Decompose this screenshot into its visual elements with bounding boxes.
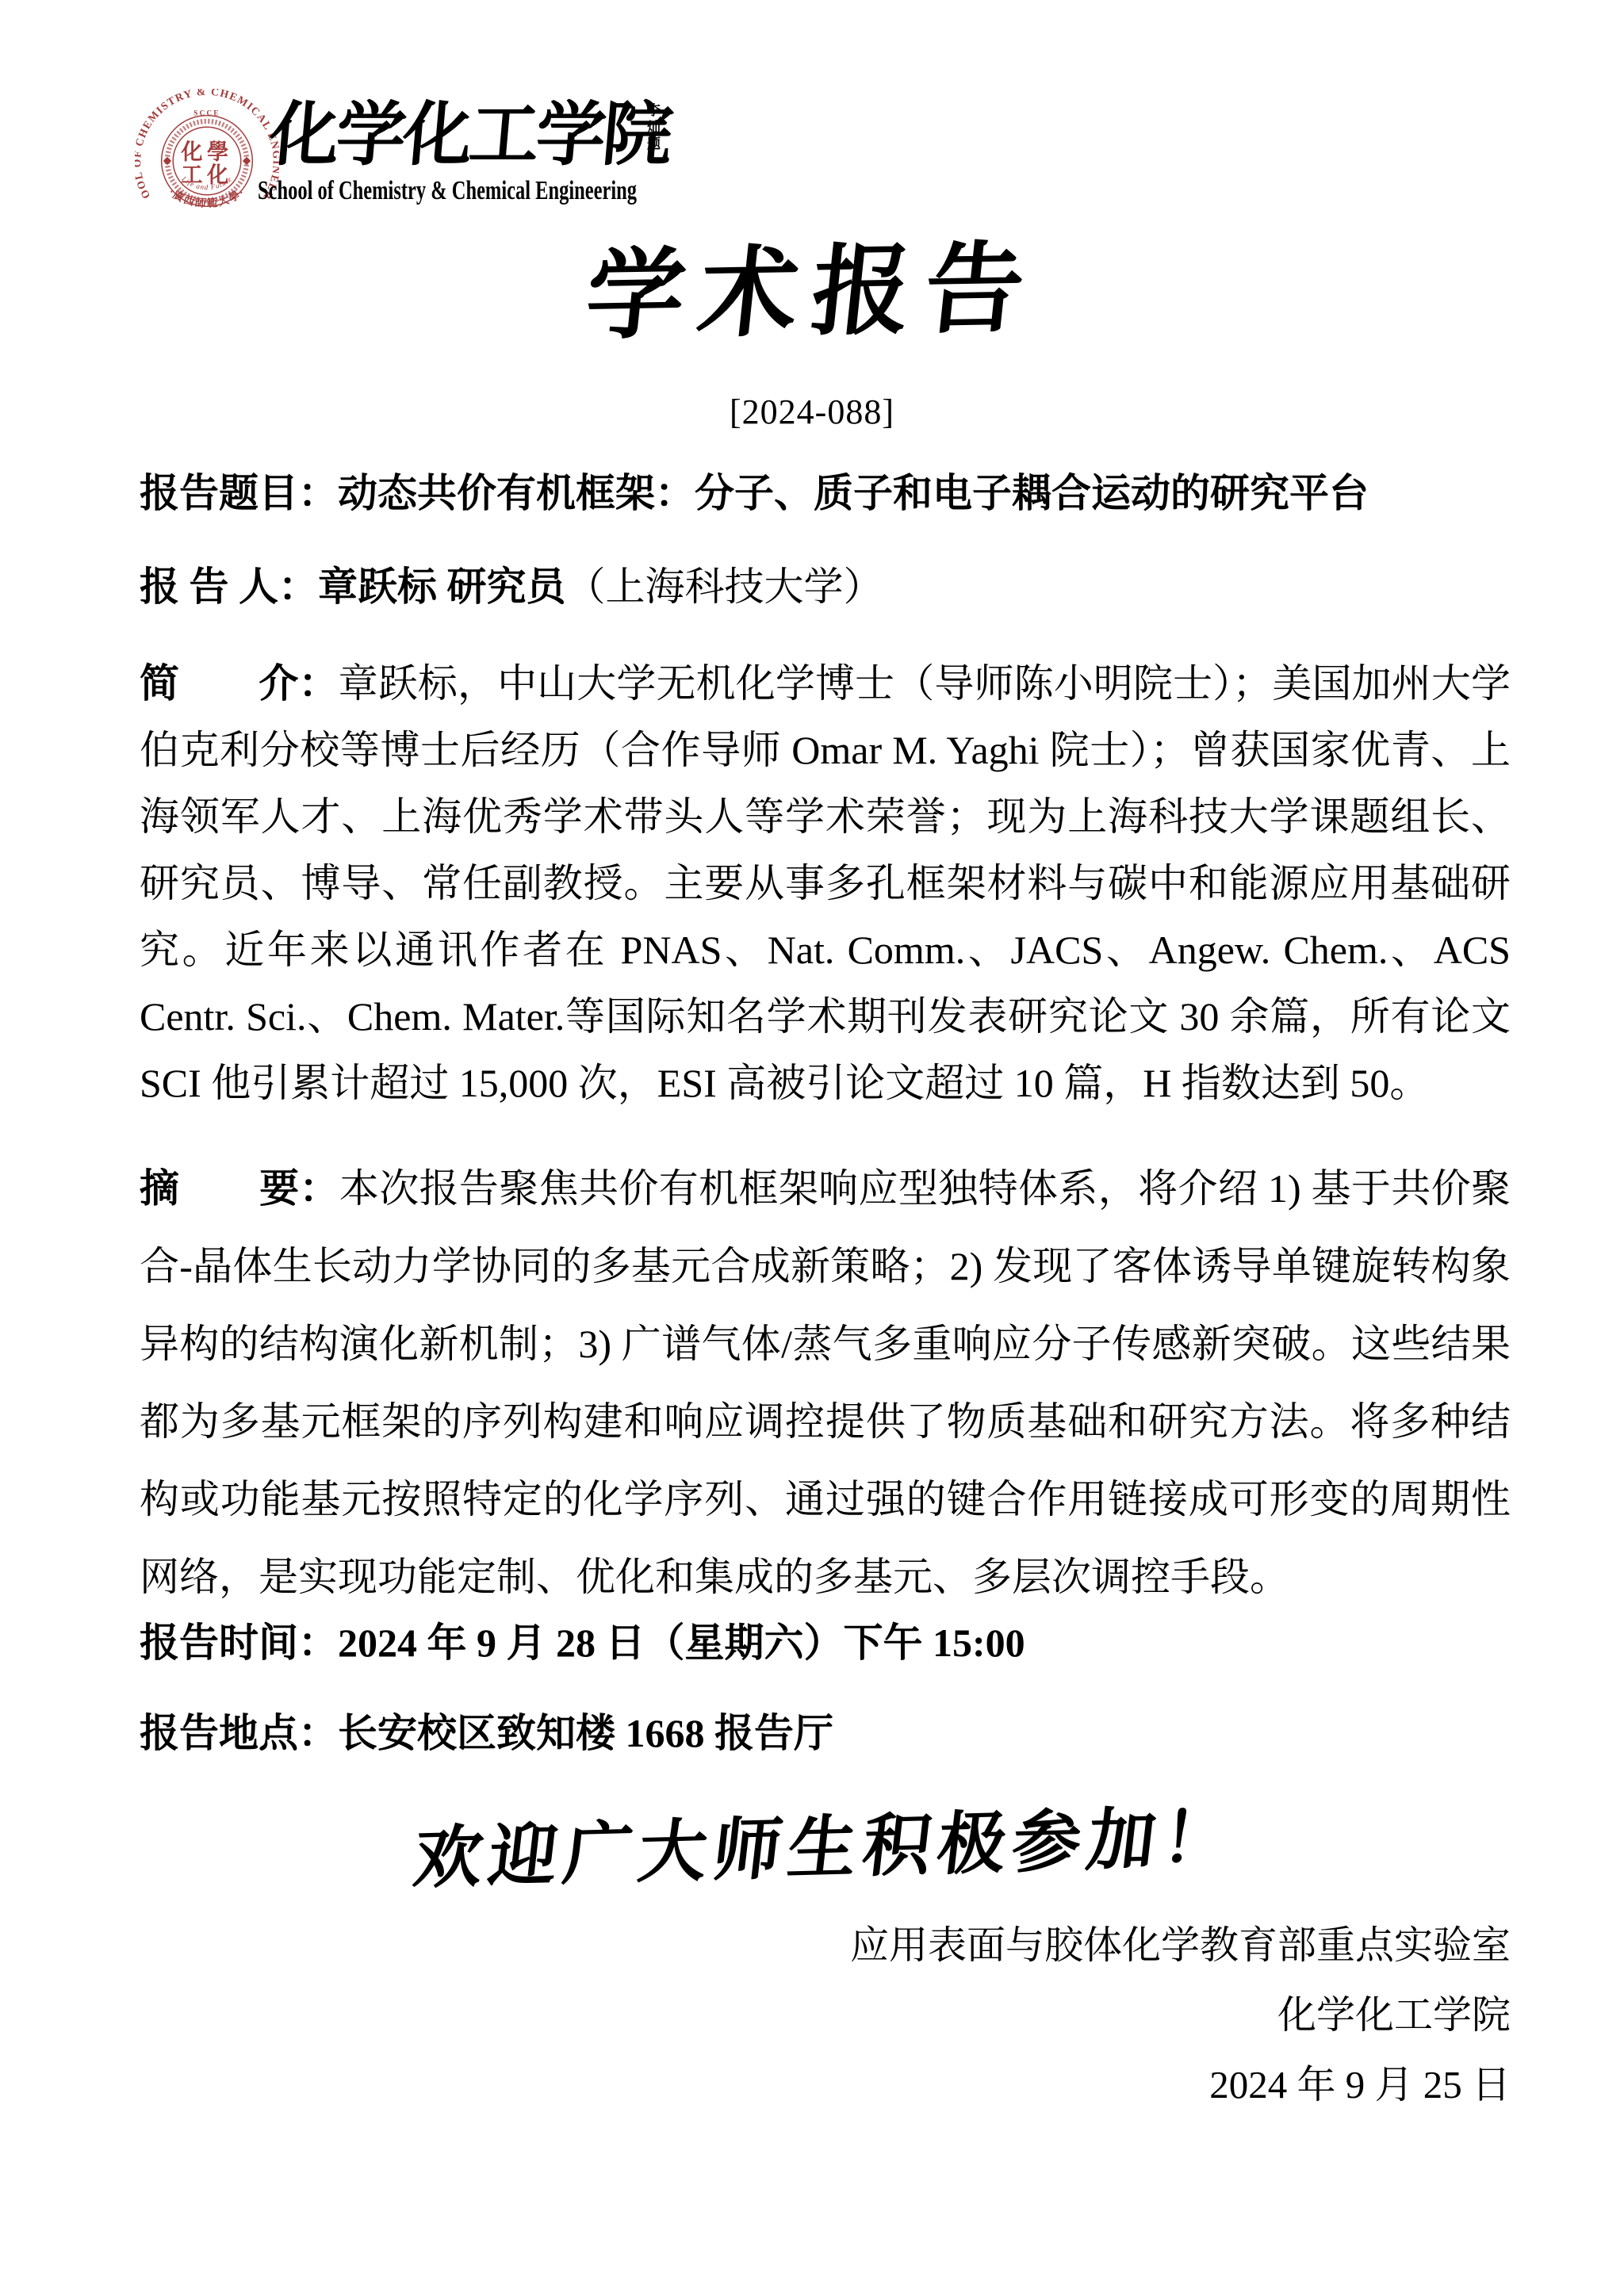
speaker-affiliation: （上海科技大学） xyxy=(566,564,883,609)
signature-block: 应用表面与胶体化学教育部重点实验室 化学化工学院 2024 年 9 月 25 日 xyxy=(140,1911,1511,2120)
report-time-line: 报告时间：2024 年 9 月 28 日（星期六）下午 15:00 xyxy=(140,1617,1511,1668)
speaker-line: 报 告 人：章跃标 研究员（上海科技大学） xyxy=(140,561,1511,612)
report-topic-value: 动态共价有机框架：分子、质子和电子耦合运动的研究平台 xyxy=(338,471,1369,515)
announcement-page: SCHOOL OF CHEMISTRY & CHEMICAL ENGINEERI… xyxy=(0,0,1624,2296)
report-venue-value: 长安校区致知楼 1668 报告厅 xyxy=(338,1711,833,1755)
abstract-paragraph: 摘 要：本次报告聚焦共价有机框架响应型独特体系，将介绍 1) 基于共价聚合-晶体… xyxy=(140,1150,1511,1616)
seal-acronym: SCCE xyxy=(193,109,220,117)
announcement-body: 报告题目：动态共价有机框架：分子、质子和电子耦合运动的研究平台 报 告 人：章跃… xyxy=(140,450,1511,2120)
report-time-label: 报告时间： xyxy=(140,1621,338,1665)
seal-center-row1: 化學 xyxy=(180,139,233,163)
report-venue-line: 报告地点：长安校区致知楼 1668 报告厅 xyxy=(140,1708,1511,1758)
school-name-calligraphy: 化学化工学院 xyxy=(266,101,645,171)
issue-number: [2024-088] xyxy=(0,392,1624,432)
welcome-message: 欢迎广大师生积极参加！ xyxy=(140,1806,1511,1892)
page-title: 学术报告 xyxy=(0,235,1624,353)
speaker-name: 章跃标 研究员 xyxy=(318,564,566,609)
welcome-message-text: 欢迎广大师生积极参加！ xyxy=(409,1795,1242,1902)
speaker-label: 报 告 人： xyxy=(140,564,318,609)
report-time-value: 2024 年 9 月 28 日（星期六）下午 15:00 xyxy=(338,1621,1025,1665)
report-topic-label: 报告题目： xyxy=(140,471,338,515)
school-name-english: School of Chemistry & Chemical Engineeri… xyxy=(258,176,637,206)
page-title-text: 学术报告 xyxy=(580,231,1044,357)
signature-lab: 应用表面与胶体化学教育部重点实验室 xyxy=(140,1911,1511,1980)
bio-label: 简 介： xyxy=(140,661,339,706)
calligrapher-signature: 李灿题 xyxy=(642,103,662,153)
speaker-bio-paragraph: 简 介：章跃标，中山大学无机化学博士（导师陈小明院士）；美国加州大学伯克利分校等… xyxy=(140,650,1511,1116)
school-seal-icon: SCHOOL OF CHEMISTRY & CHEMICAL ENGINEERI… xyxy=(135,89,279,233)
signature-date: 2024 年 9 月 25 日 xyxy=(140,2050,1511,2120)
report-venue-label: 报告地点： xyxy=(140,1711,338,1755)
abstract-text: 本次报告聚焦共价有机框架响应型独特体系，将介绍 1) 基于共价聚合-晶体生长动力… xyxy=(140,1166,1511,1599)
school-logo-block: SCHOOL OF CHEMISTRY & CHEMICAL ENGINEERI… xyxy=(119,79,722,246)
abstract-label: 摘 要： xyxy=(140,1166,339,1211)
signature-school: 化学化工学院 xyxy=(140,1980,1511,2050)
report-topic-line: 报告题目：动态共价有机框架：分子、质子和电子耦合运动的研究平台 xyxy=(140,468,1511,519)
bio-text: 章跃标，中山大学无机化学博士（导师陈小明院士）；美国加州大学伯克利分校等博士后经… xyxy=(140,661,1511,1105)
